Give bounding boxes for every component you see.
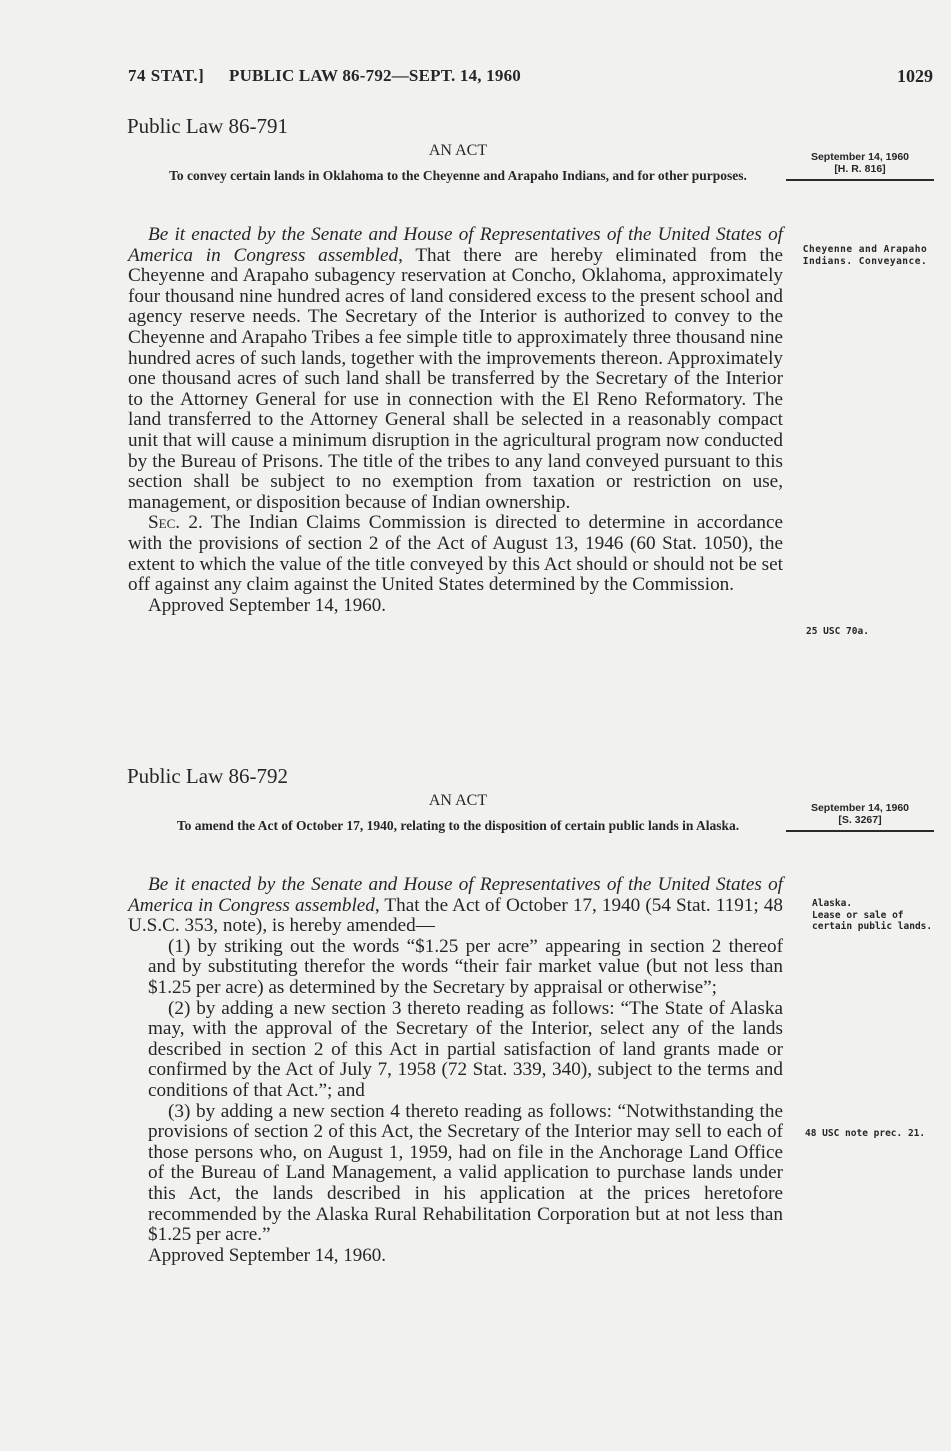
act-purpose: To amend the Act of October 17, 1940, re… — [128, 818, 788, 834]
section-2-text: The Indian Claims Commission is directed… — [128, 512, 783, 595]
section-1-text: , That there are hereby eliminated from … — [128, 245, 783, 513]
enactment-date: September 14, 1960 — [786, 151, 934, 163]
law-title-86-791: Public Law 86-791 — [127, 114, 288, 139]
section-2: Sec. 2. The Indian Claims Commission is … — [128, 513, 783, 595]
enactment-date-box: September 14, 1960 [H. R. 816] — [786, 151, 934, 181]
enactment-date: September 14, 1960 — [786, 802, 934, 814]
act-heading: AN ACT — [128, 792, 788, 810]
marginal-alaska-title: Alaska. — [812, 898, 942, 910]
act-purpose: To convey certain lands in Oklahoma to t… — [128, 168, 788, 184]
law-86-792-body: Be it enacted by the Senate and House of… — [128, 875, 783, 1266]
running-title: PUBLIC LAW 86-792—SEPT. 14, 1960 — [229, 66, 521, 86]
approval-line: Approved September 14, 1960. — [128, 596, 783, 617]
marginal-note-cheyenne: Cheyenne and Arapaho Indians. Conveyance… — [790, 244, 940, 267]
bill-number: [H. R. 816] — [786, 163, 934, 175]
amendment-item-2: (2) by adding a new section 3 thereto re… — [128, 999, 783, 1102]
page-number: 1029 — [897, 66, 933, 87]
bill-number: [S. 3267] — [786, 814, 934, 826]
marginal-note-usc-prec: 48 USC note prec. 21. — [805, 1128, 945, 1140]
amendment-item-3: (3) by adding a new section 4 thereto re… — [128, 1102, 783, 1246]
law-86-791-body: Be it enacted by the Senate and House of… — [128, 225, 783, 616]
enacting-paragraph: Be it enacted by the Senate and House of… — [128, 875, 783, 937]
marginal-note-usc: 25 USC 70a. — [806, 626, 951, 638]
running-head: 74 STAT.] PUBLIC LAW 86-792—SEPT. 14, 19… — [128, 66, 933, 90]
section-2-label: Sec. 2. — [148, 512, 203, 533]
section-1: Be it enacted by the Senate and House of… — [128, 225, 783, 513]
enactment-date-box: September 14, 1960 [S. 3267] — [786, 802, 934, 832]
law-title-86-792: Public Law 86-792 — [127, 764, 288, 789]
act-heading: AN ACT — [128, 142, 788, 160]
marginal-note-alaska: Alaska. Lease or sale of certain public … — [812, 898, 942, 933]
amendment-item-1: (1) by striking out the words “$1.25 per… — [128, 937, 783, 999]
volume-citation: 74 STAT.] — [128, 66, 204, 86]
marginal-alaska-desc: Lease or sale of certain public lands. — [812, 910, 942, 933]
approval-line: Approved September 14, 1960. — [128, 1246, 783, 1267]
